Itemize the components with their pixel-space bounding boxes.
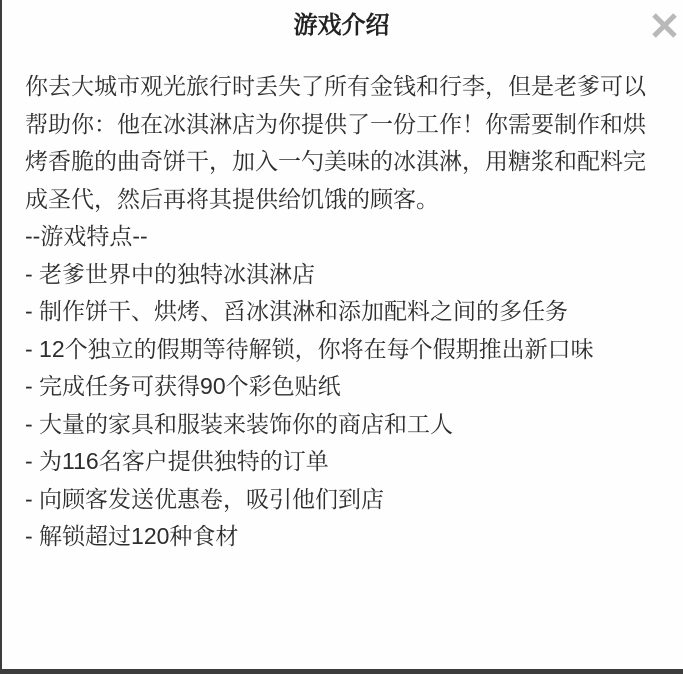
- close-button[interactable]: [648, 9, 681, 42]
- game-description: 你去大城市观光旅行时丢失了所有金钱和行李，但是老爹可以帮助你：他在冰淇淋店为你提…: [25, 68, 655, 218]
- feature-item: - 向顾客发送优惠卷，吸引他们到店: [25, 481, 655, 519]
- screen-edge-bottom: [0, 669, 683, 674]
- feature-item: - 为116名客户提供独特的订单: [25, 443, 655, 481]
- modal-body: 你去大城市观光旅行时丢失了所有金钱和行李，但是老爹可以帮助你：他在冰淇淋店为你提…: [25, 68, 655, 556]
- screen-edge-left: [0, 0, 2, 674]
- game-intro-modal: 游戏介绍 你去大城市观光旅行时丢失了所有金钱和行李，但是老爹可以帮助你：他在冰淇…: [0, 0, 683, 674]
- feature-item: - 大量的家具和服装来装饰你的商店和工人: [25, 406, 655, 444]
- feature-item: - 制作饼干、烘烤、舀冰淇淋和添加配料之间的多任务: [25, 293, 655, 331]
- features-heading: --游戏特点--: [25, 218, 655, 256]
- close-icon: [648, 30, 681, 45]
- feature-item: - 12个独立的假期等待解锁，你将在每个假期推出新口味: [25, 331, 655, 369]
- page-title: 游戏介绍: [294, 12, 390, 40]
- modal-header: 游戏介绍: [0, 0, 683, 56]
- feature-item: - 完成任务可获得90个彩色贴纸: [25, 368, 655, 406]
- feature-item: - 老爹世界中的独特冰淇淋店: [25, 256, 655, 294]
- feature-item: - 解锁超过120种食材: [25, 518, 655, 556]
